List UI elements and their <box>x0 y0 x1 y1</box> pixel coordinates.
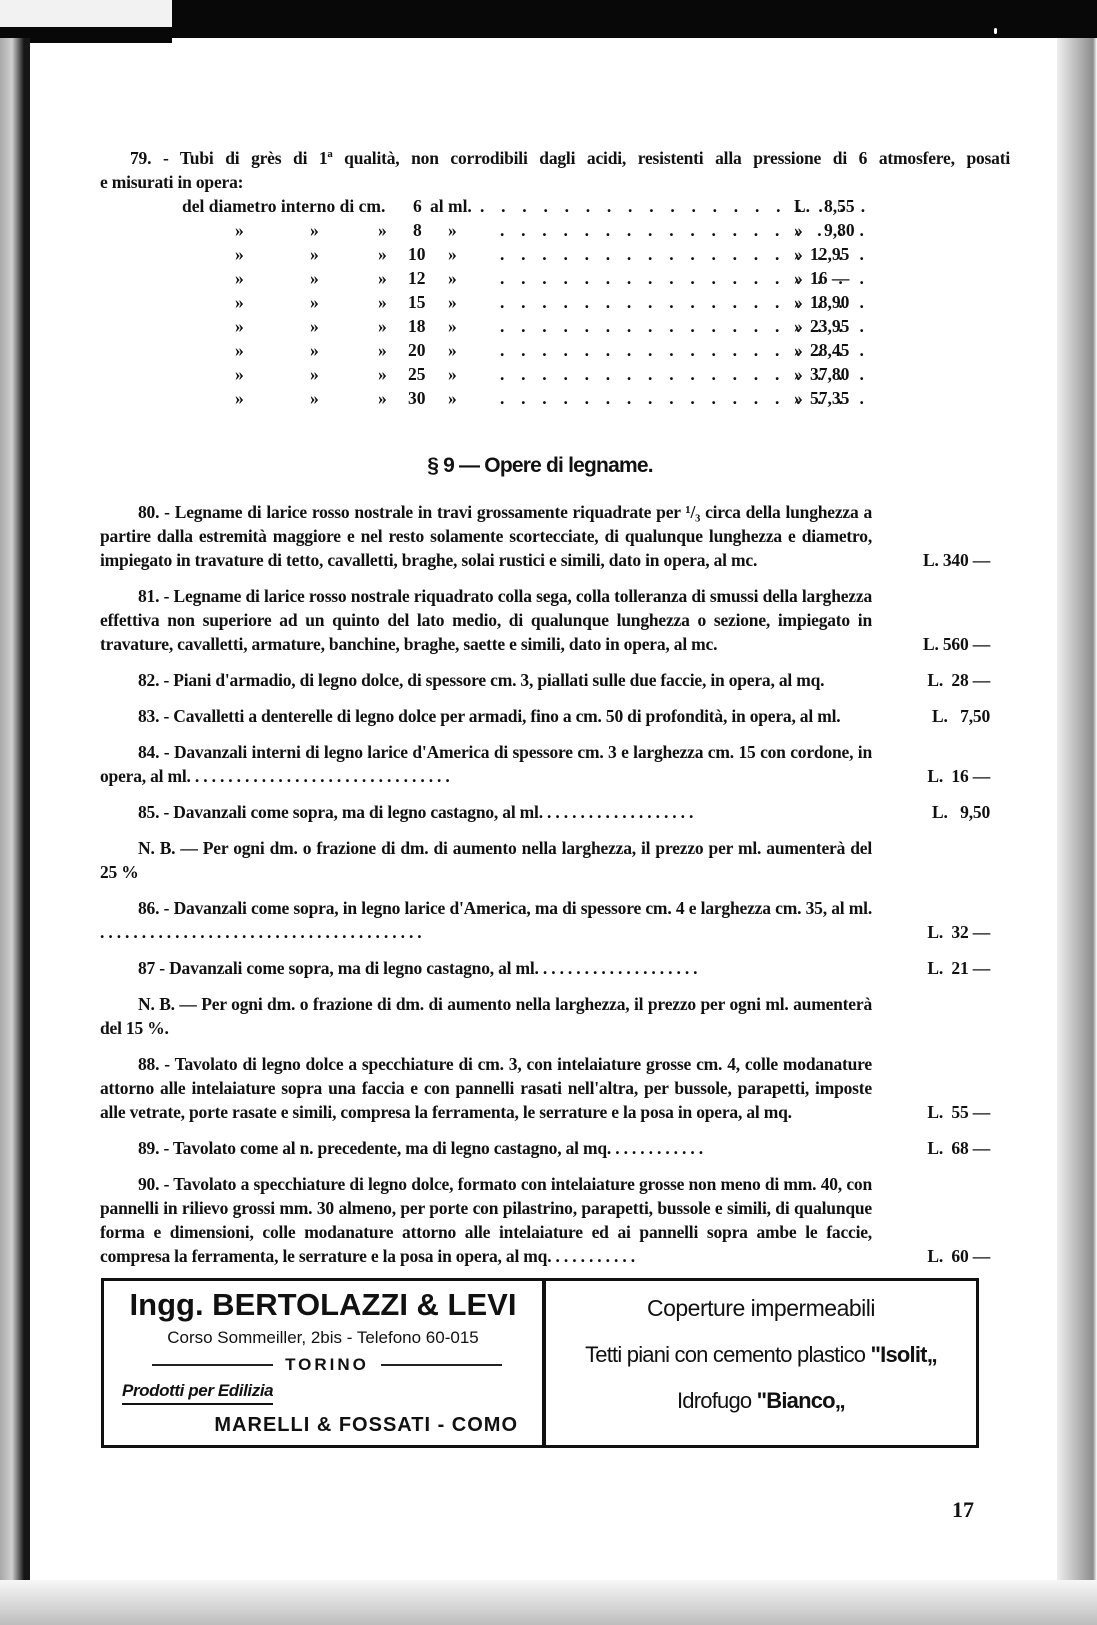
ad-coperture: Coperture impermeabili Tetti piani con c… <box>546 1281 976 1445</box>
item-82: 82. - Piani d'armadio, di legno dolce, d… <box>100 668 980 692</box>
item-price: L. 55 — <box>927 1100 990 1124</box>
tube-row: » » » 15 » . . . . . . . . . . . . . . .… <box>100 292 980 316</box>
ad-maker: MARELLI & FOSSATI - COMO <box>214 1414 518 1437</box>
scan-border-right <box>1057 38 1097 1625</box>
item-87: 87 - Davanzali come sopra, ma di legno c… <box>100 956 980 980</box>
scan-dust <box>994 28 997 34</box>
item-89: 89. - Tavolato come al n. precedente, ma… <box>100 1136 980 1160</box>
item-price: L. 60 — <box>927 1244 990 1268</box>
dot-leader: . . . . . . . . . . . . . . . . . . <box>500 220 870 241</box>
brand-isolit: "Isolit„ <box>871 1342 937 1367</box>
item-79-intro: 79. - Tubi di grès di 1ª qualità, non co… <box>100 146 980 194</box>
item-88: 88. - Tavolato di legno dolce a specchia… <box>100 1052 980 1124</box>
ad-bertolazzi-levi: Ingg. BERTOLAZZI & LEVI Corso Sommeiller… <box>104 1281 542 1445</box>
item-84: 84. - Davanzali interni di legno larice … <box>100 740 980 788</box>
item-price: L. 16 — <box>927 764 990 788</box>
item-price: L. 340 — <box>923 548 990 572</box>
item-80: 80. - Legname di larice rosso nostrale i… <box>100 500 980 572</box>
ad-products-label: Prodotti per Edilizia <box>122 1381 273 1405</box>
item-price: L. 560 — <box>923 632 990 656</box>
ad-isolit-line: Tetti piani con cemento plastico "Isolit… <box>546 1342 976 1368</box>
brand-bianco: "Bianco„ <box>757 1388 845 1413</box>
item-price: L. 21 — <box>927 956 990 980</box>
item-86: 86. - Davanzali come sopra, in legno lar… <box>100 896 980 944</box>
section-heading: § 9 — Opere di legname. <box>100 454 980 478</box>
item-price: L. 68 — <box>927 1136 990 1160</box>
tube-row: del diametro interno di cm. 6 al ml. . .… <box>100 196 980 220</box>
item-price: L. 32 — <box>927 920 990 944</box>
item-83: 83. - Cavalletti a denterelle di legno d… <box>100 704 980 728</box>
tube-row: » » » 12 » . . . . . . . . . . . . . . .… <box>100 268 980 292</box>
item-90: 90. - Tavolato a specchiature di legno d… <box>100 1172 980 1268</box>
item-price: L. 9,50 <box>932 800 990 824</box>
page-number: 17 <box>952 1497 974 1523</box>
scan-border-bottom <box>0 1580 1097 1625</box>
item-81: 81. - Legname di larice rosso nostrale r… <box>100 584 980 656</box>
divider <box>152 1364 273 1366</box>
tube-row: » » » 18 » . . . . . . . . . . . . . . .… <box>100 316 980 340</box>
ad-address: Corso Sommeiller, 2bis - Telefono 60-015 <box>104 1328 542 1348</box>
scan-border-left <box>0 38 30 1625</box>
tube-row: » » » 25 » . . . . . . . . . . . . . . .… <box>100 364 980 388</box>
ad-city: TORINO <box>285 1355 369 1375</box>
tube-row: » » » 30 » . . . . . . . . . . . . . . .… <box>100 388 980 412</box>
ad-company-name: Ingg. BERTOLAZZI & LEVI <box>104 1287 542 1323</box>
note-nb-2: N. B. — Per ogni dm. o frazione di dm. d… <box>100 992 980 1040</box>
advertisement-box: Ingg. BERTOLAZZI & LEVI Corso Sommeiller… <box>101 1278 979 1448</box>
ad-bianco-line: Idrofugo "Bianco„ <box>546 1388 976 1414</box>
item-price: L. 28 — <box>927 668 990 692</box>
divider <box>381 1364 502 1366</box>
ad-headline: Coperture impermeabili <box>546 1295 976 1322</box>
scan-border-top <box>172 0 1097 38</box>
tube-row: » » » 8 » . . . . . . . . . . . . . . . … <box>100 220 980 244</box>
dot-leader: . . . . . . . . . . . . . . . . . . . <box>480 196 871 217</box>
note-nb-1: N. B. — Per ogni dm. o frazione di dm. d… <box>100 836 980 884</box>
item-85: 85. - Davanzali come sopra, ma di legno … <box>100 800 980 824</box>
tube-row: » » » 20 » . . . . . . . . . . . . . . .… <box>100 340 980 364</box>
item-price: L. 7,50 <box>932 704 990 728</box>
scan-margin <box>0 0 172 27</box>
ad-city-row: TORINO <box>152 1354 502 1376</box>
tube-row: » » » 10 » . . . . . . . . . . . . . . .… <box>100 244 980 268</box>
